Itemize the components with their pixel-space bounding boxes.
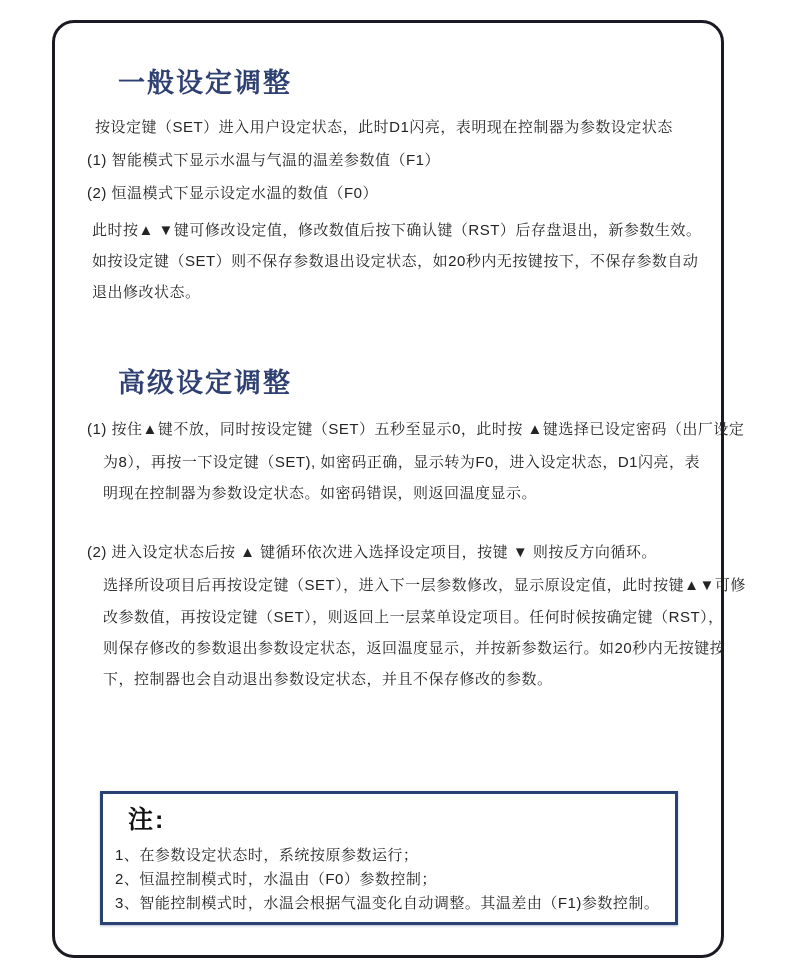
note-item: 2、恒温控制模式时，水温由（F0）参数控制； (115, 868, 437, 889)
general-settings-title: 一般设定调整 (118, 61, 292, 100)
manual-page: 一般设定调整 按设定键（SET）进入用户设定状态，此时D1闪亮，表明现在控制器为… (0, 0, 790, 976)
advanced-settings-title: 高级设定调整 (118, 361, 292, 400)
advanced-para2-line: (2) 进入设定状态后按 ▲ 键循环依次进入选择设定项目，按键 ▼ 则按反方向循… (87, 541, 657, 562)
note-title: 注: (128, 800, 165, 836)
note-item: 1、在参数设定状态时，系统按原参数运行； (115, 844, 418, 865)
advanced-para1-line: (1) 按住▲键不放，同时按设定键（SET）五秒至显示0，此时按 ▲键选择已设定… (87, 418, 744, 439)
advanced-para2-line: 改参数值，再按设定键（SET），则返回上一层菜单设定项目。任何时候按确定键（RS… (103, 606, 724, 627)
general-intro-line: 按设定键（SET）进入用户设定状态，此时D1闪亮，表明现在控制器为参数设定状态 (95, 116, 673, 137)
advanced-para2-line: 选择所设项目后再按设定键（SET），进入下一层参数修改，显示原设定值，此时按键▲… (103, 574, 746, 595)
advanced-para2-line: 则保存修改的参数退出参数设定状态，返回温度显示，并按新参数运行。如20秒内无按键… (103, 637, 725, 658)
note-box: 注: 1、在参数设定状态时，系统按原参数运行； 2、恒温控制模式时，水温由（F0… (100, 791, 678, 925)
text-line: 此时按▲ ▼键可修改设定值，修改数值后按下确认键（RST）后存盘退出，新参数生效… (92, 215, 701, 246)
advanced-para2-line: 下，控制器也会自动退出参数设定状态，并且不保存修改的参数。 (103, 668, 553, 689)
general-item-1: (1) 智能模式下显示水温与气温的温差参数值（F1） (87, 149, 440, 170)
advanced-para1-line: 为8），再按一下设定键（SET), 如密码正确，显示转为F0，进入设定状态，D1… (103, 451, 700, 472)
text-line: 如按设定键（SET）则不保存参数退出设定状态，如20秒内无按键按下，不保存参数自… (92, 246, 701, 277)
note-item: 3、智能控制模式时，水温会根据气温变化自动调整。其温差由（F1)参数控制。 (115, 892, 659, 913)
advanced-para1-line: 明现在控制器为参数设定状态。如密码错误，则返回温度显示。 (103, 482, 537, 503)
general-item-2: (2) 恒温模式下显示设定水温的数值（F0） (87, 182, 378, 203)
page-border-frame: 一般设定调整 按设定键（SET）进入用户设定状态，此时D1闪亮，表明现在控制器为… (52, 20, 724, 958)
general-body-paragraph: 此时按▲ ▼键可修改设定值，修改数值后按下确认键（RST）后存盘退出，新参数生效… (92, 215, 701, 308)
text-line: 退出修改状态。 (92, 277, 701, 308)
